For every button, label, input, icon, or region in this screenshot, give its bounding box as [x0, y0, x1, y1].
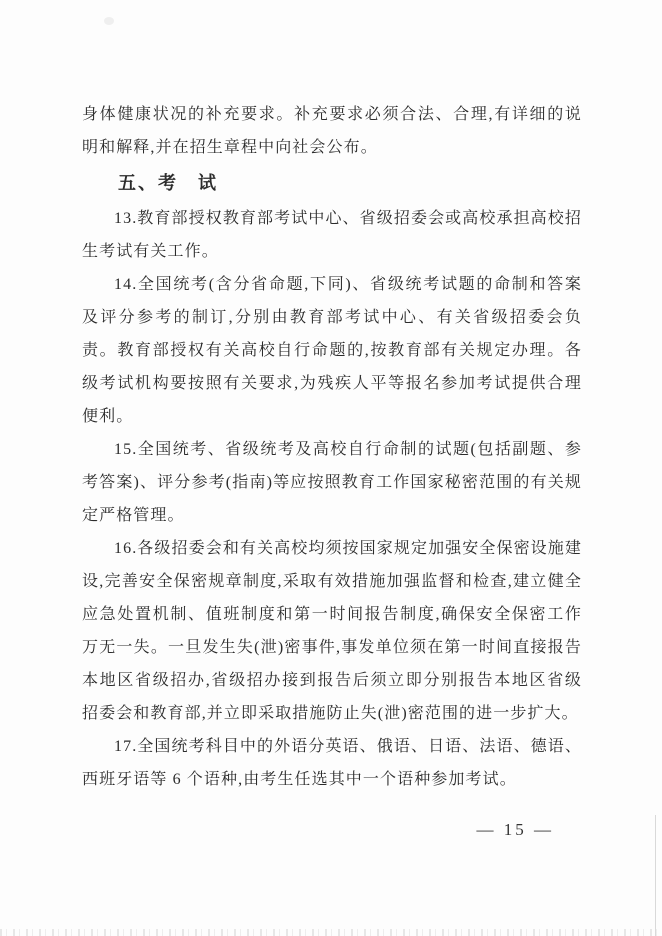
paragraph-item-14: 14.全国统考(含分省命题,下同)、省级统考试题的命制和答案及评分参考的制订,分… [82, 268, 582, 433]
document-body: 身体健康状况的补充要求。补充要求必须合法、合理,有详细的说明和解释,并在招生章程… [82, 98, 582, 796]
document-page: 身体健康状况的补充要求。补充要求必须合法、合理,有详细的说明和解释,并在招生章程… [0, 0, 662, 936]
paragraph-item-17: 17.全国统考科目中的外语分英语、俄语、日语、法语、德语、西班牙语等 6 个语种… [82, 730, 582, 796]
paragraph-item-16: 16.各级招委会和有关高校均须按国家规定加强安全保密设施建设,完善安全保密规章制… [82, 532, 582, 730]
scan-smudge-artifact [104, 17, 114, 25]
page-number: — 15 — [477, 820, 555, 840]
section-heading-exams: 五、考 试 [82, 167, 582, 200]
scan-noise-artifact [0, 929, 662, 936]
paragraph-continuation: 身体健康状况的补充要求。补充要求必须合法、合理,有详细的说明和解释,并在招生章程… [82, 98, 582, 164]
scan-edge-line-artifact [655, 815, 656, 936]
paragraph-item-13: 13.教育部授权教育部考试中心、省级招委会或高校承担高校招生考试有关工作。 [82, 202, 582, 268]
paragraph-item-15: 15.全国统考、省级统考及高校自行命制的试题(包括副题、参考答案)、评分参考(指… [82, 433, 582, 532]
